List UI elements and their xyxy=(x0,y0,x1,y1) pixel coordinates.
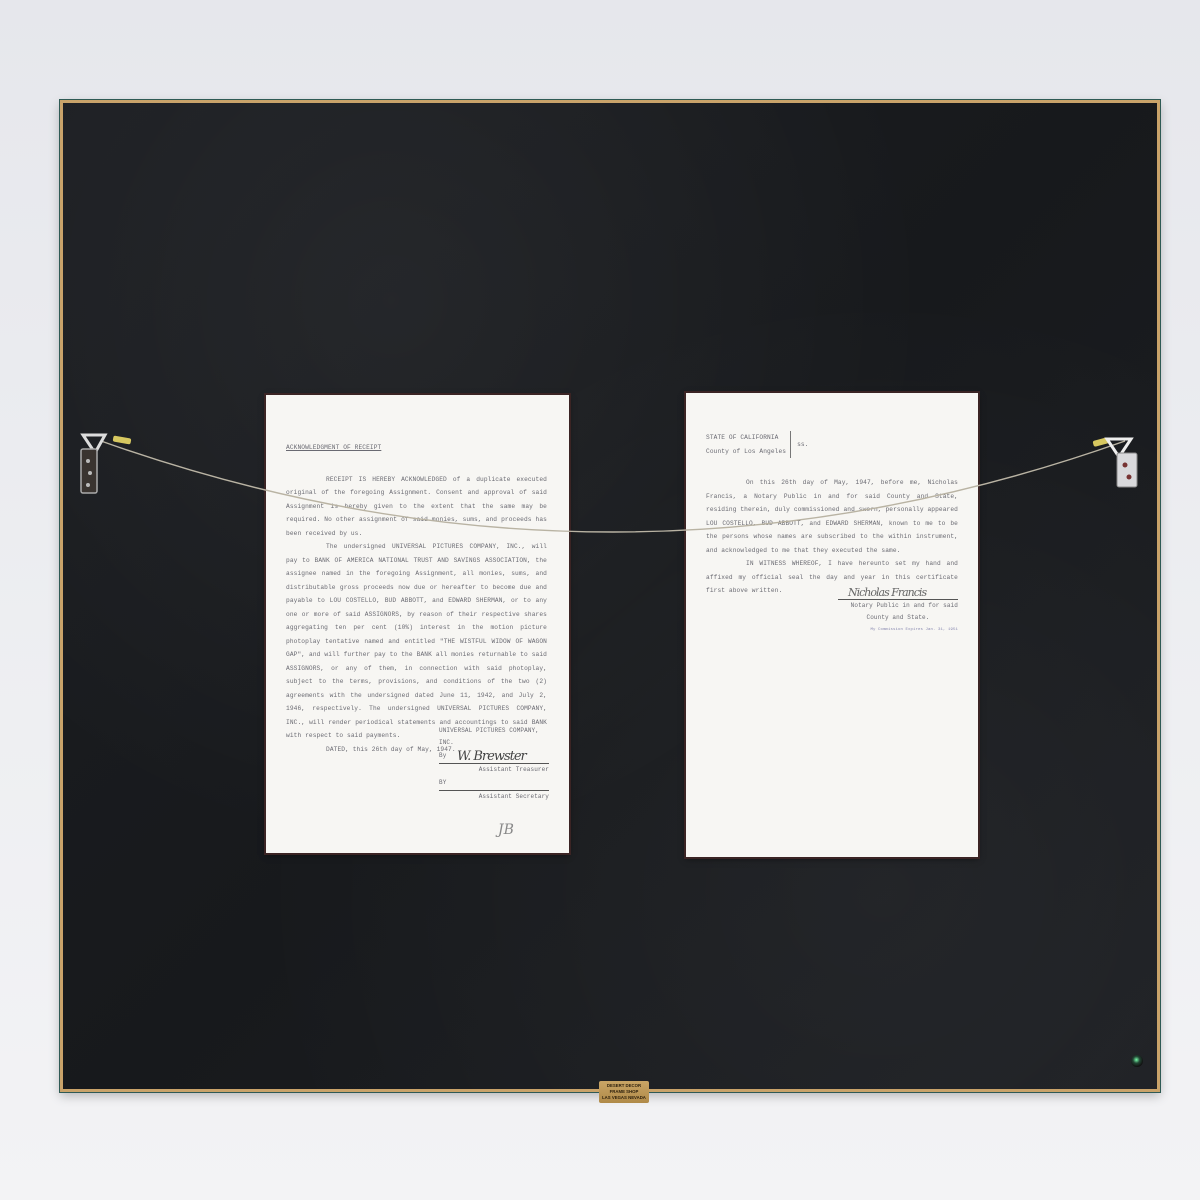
right-hanger-bracket xyxy=(1103,435,1143,495)
picture-frame-back: ACKNOWLEDGMENT OF RECEIPT RECEIPT IS HER… xyxy=(60,100,1160,1092)
hanging-wire xyxy=(63,103,1163,1095)
frame-shop-label: DESERT DECOR FRAME SHOP LAS VEGAS NEVADA xyxy=(599,1081,649,1103)
wall-bumper xyxy=(1131,1055,1143,1067)
frame-backing-paper: ACKNOWLEDGMENT OF RECEIPT RECEIPT IS HER… xyxy=(63,103,1157,1089)
left-hanger-bracket xyxy=(75,431,115,501)
